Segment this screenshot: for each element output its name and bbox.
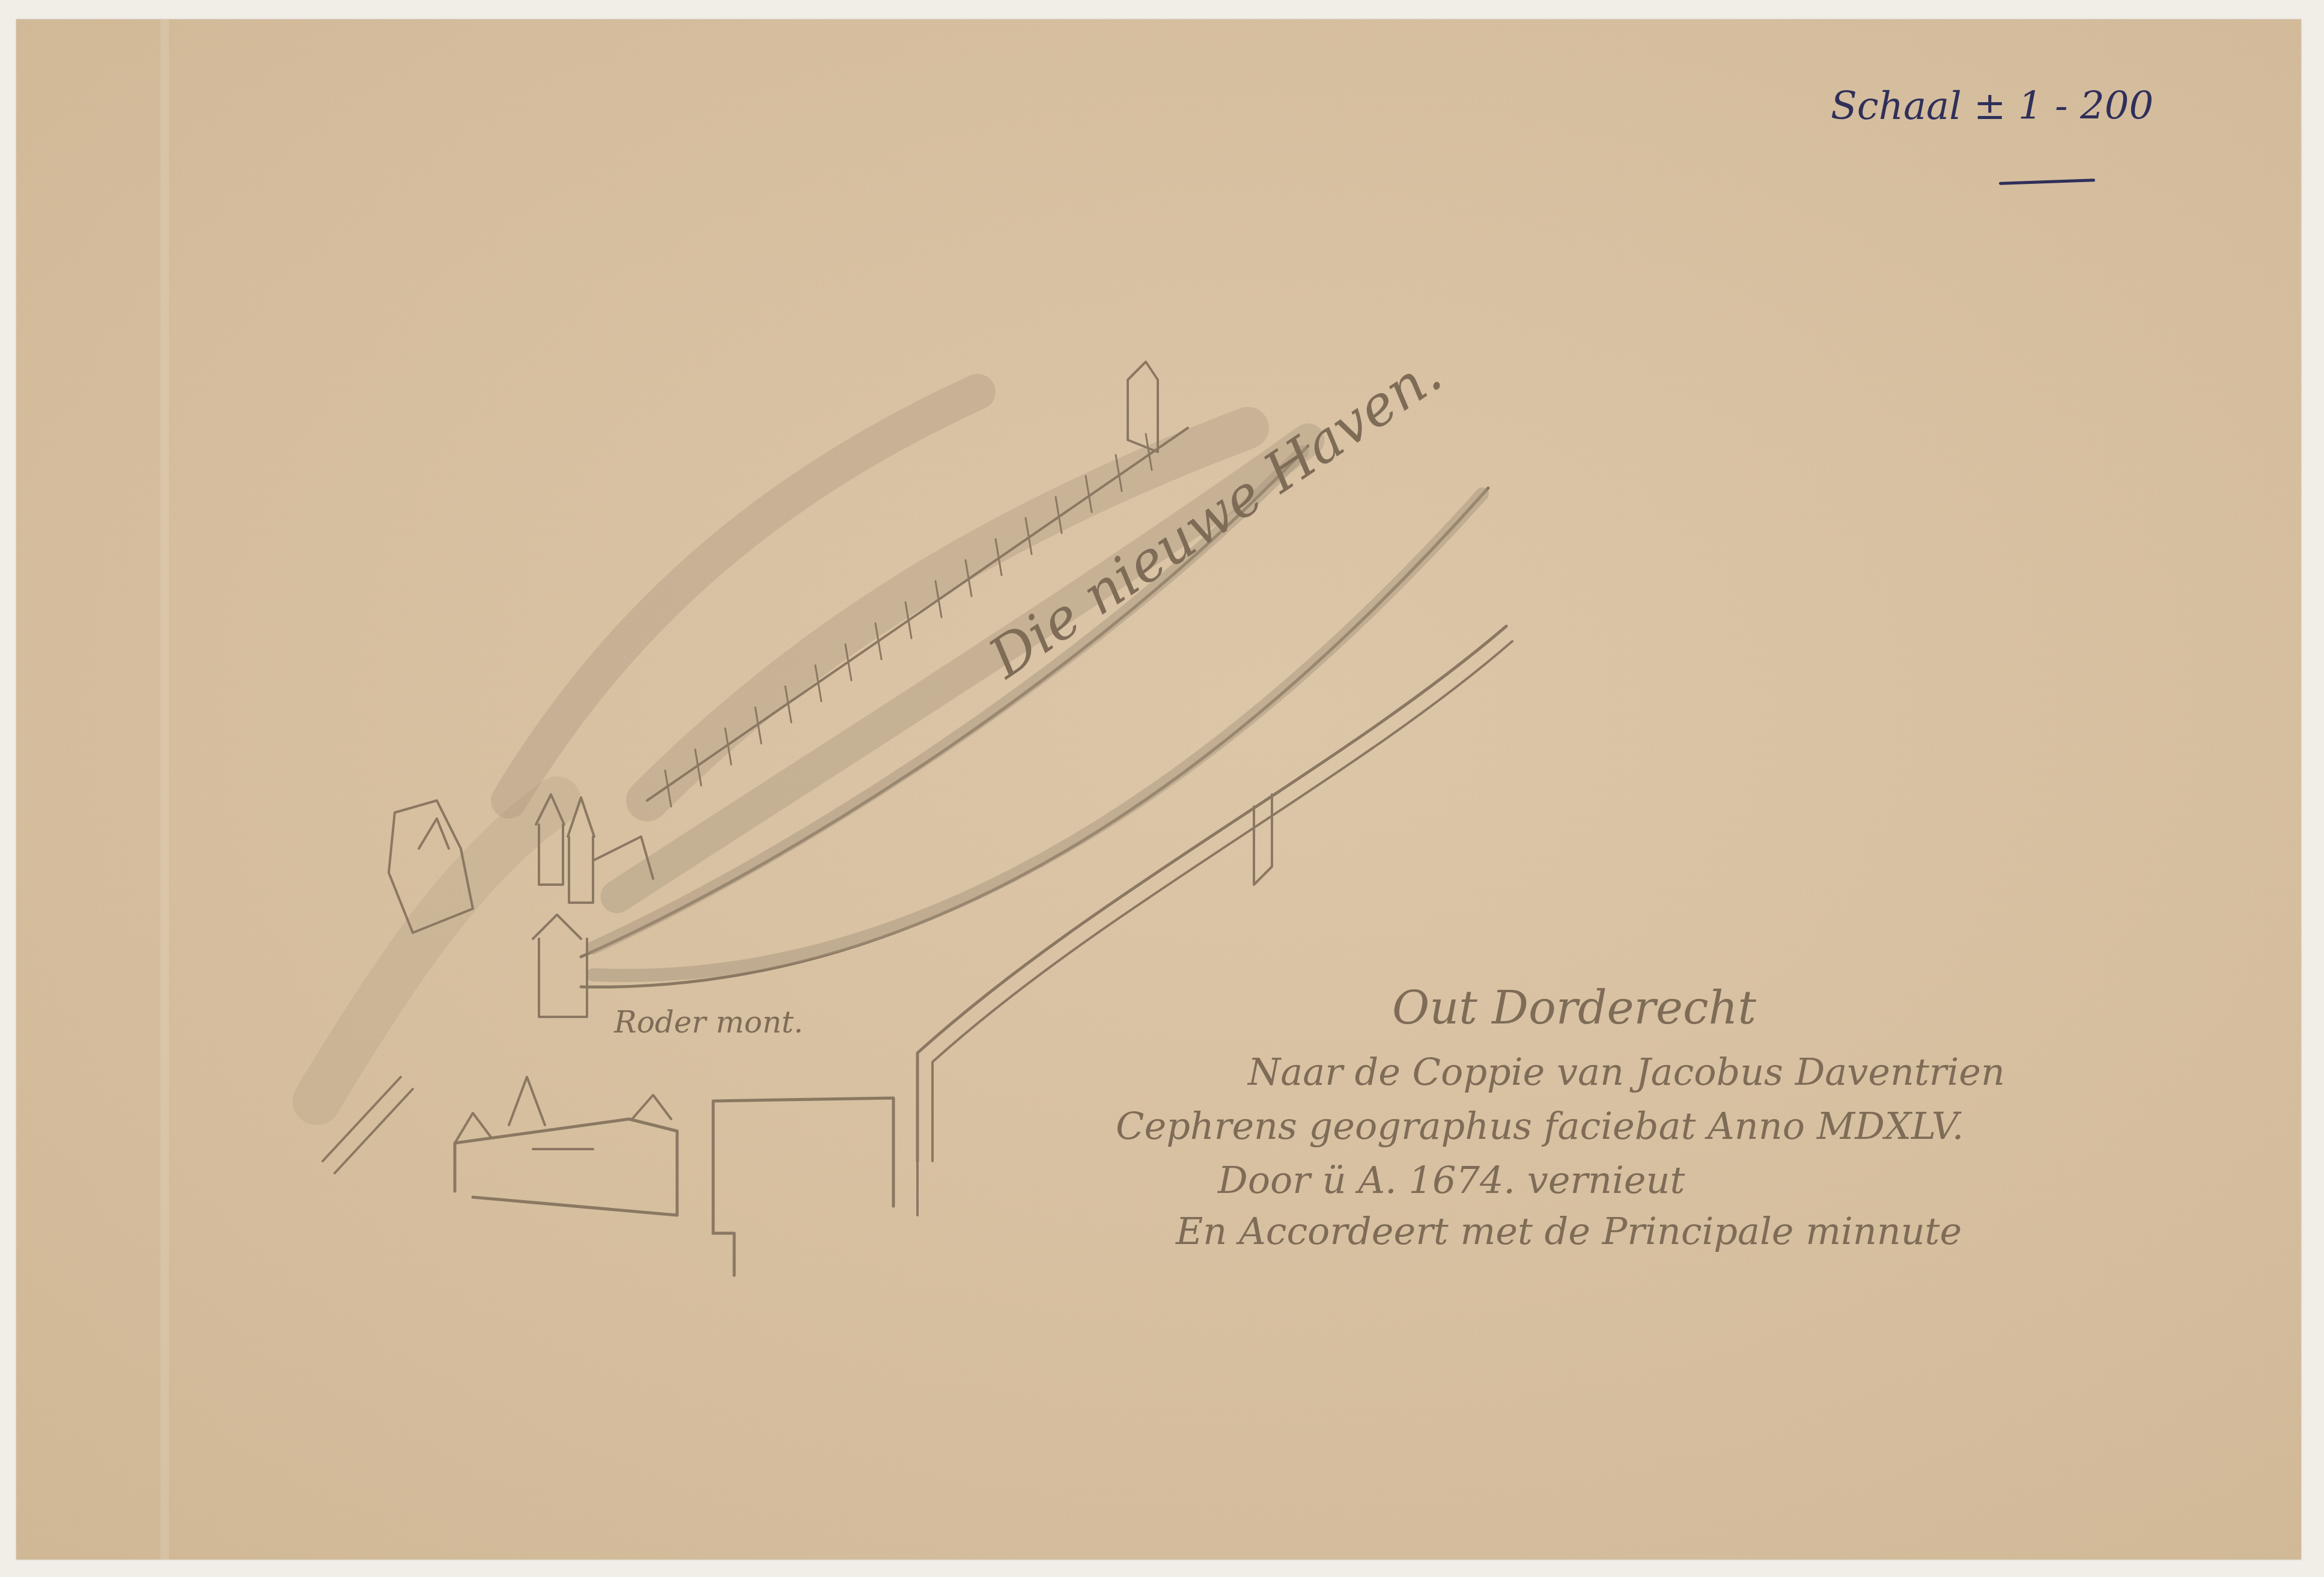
cartouche-line-1: Naar de Coppie van Jacobus Daventrien	[1248, 1050, 2005, 1094]
map-sheet: Schaal ± 1 - 200 Die nieuwe Haven. Roder…	[16, 19, 2301, 1560]
cartouche-line-2: Cephrens geographus faciebat Anno MDXLV.	[1116, 1104, 1964, 1148]
gate-label: Roder mont.	[614, 1005, 803, 1040]
city-blocks	[455, 1098, 917, 1275]
buildings	[323, 362, 1158, 1173]
cartouche-line-3: Door ü A. 1674. vernieut	[1218, 1158, 1685, 1202]
cartouche-title: Out Dorderecht	[1392, 981, 1756, 1034]
hatched-land	[317, 392, 1248, 1101]
cartouche-line-4: En Accordeert met de Principale minnute	[1176, 1209, 1962, 1253]
scale-note: Schaal ± 1 - 200	[1831, 84, 2153, 129]
map-drawing	[16, 19, 2301, 1560]
